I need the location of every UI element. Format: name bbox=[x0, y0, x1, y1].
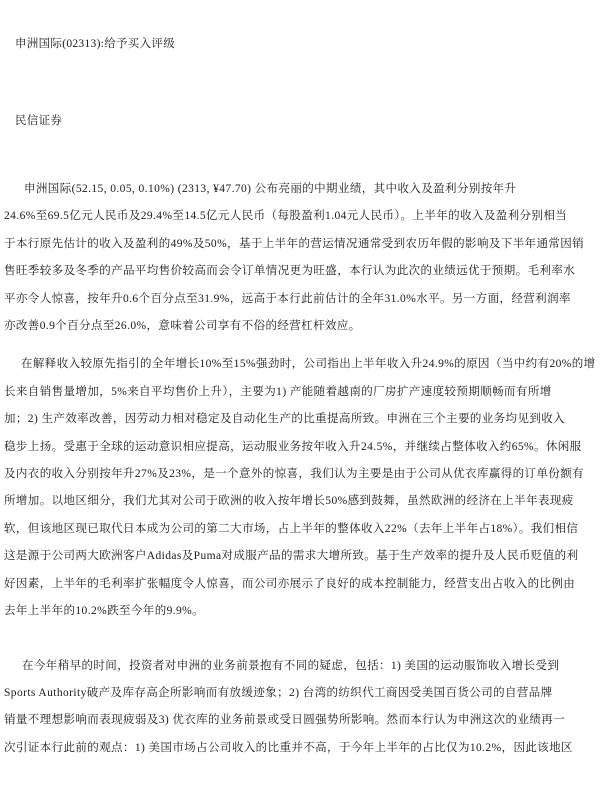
research-report-page: 申洲国际(02313):给予买入评级 民信证券 申洲国际(52.15, 0.05… bbox=[0, 0, 612, 792]
broker-name: 民信证券 bbox=[4, 108, 606, 135]
paragraph-interim-results-summary: 申洲国际(52.15, 0.05, 0.10%) (2313, ¥47.70) … bbox=[4, 176, 606, 340]
paragraph-revenue-growth-analysis: 在解释收入较原先指引的全年增长10%至15%强劲时，公司指出上半年收入升24.9… bbox=[4, 351, 606, 625]
paragraph-investor-concerns: 在今年稍早的时间，投资者对申洲的业务前景抱有不同的疑虑，包括：1) 美国的运动服… bbox=[4, 653, 606, 763]
report-title: 申洲国际(02313):给予买入评级 bbox=[4, 31, 606, 58]
